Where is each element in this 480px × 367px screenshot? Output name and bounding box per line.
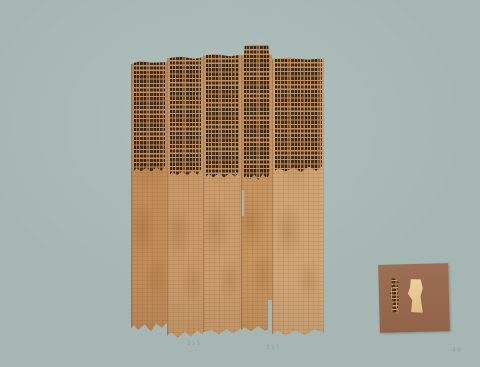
papyrus-strip-4	[241, 45, 272, 332]
hieratic-text-column-2	[170, 57, 201, 176]
papyrus-crack	[242, 190, 244, 216]
hieratic-text-column-5	[275, 59, 322, 172]
hieratic-text-column-4	[244, 46, 270, 180]
papyrus-strip-2	[167, 56, 203, 338]
papyrus-strip-1	[131, 60, 167, 332]
papyrus-crack	[268, 300, 272, 336]
pencil-annotation-left: 115	[187, 341, 201, 347]
pencil-annotation-corner: 49	[452, 348, 462, 354]
inset-fragment-inscribed	[388, 277, 399, 313]
papyrus-strip-5	[272, 57, 324, 336]
papyrus-strip-3	[203, 54, 241, 335]
papyrus-photo: 115 117 49	[0, 0, 480, 367]
inset-card	[378, 263, 450, 333]
pencil-annotation-center: 117	[266, 345, 280, 351]
hieratic-text-column-1	[134, 62, 165, 172]
inset-fragment-blank	[408, 279, 424, 313]
hieratic-text-column-3	[206, 55, 239, 178]
